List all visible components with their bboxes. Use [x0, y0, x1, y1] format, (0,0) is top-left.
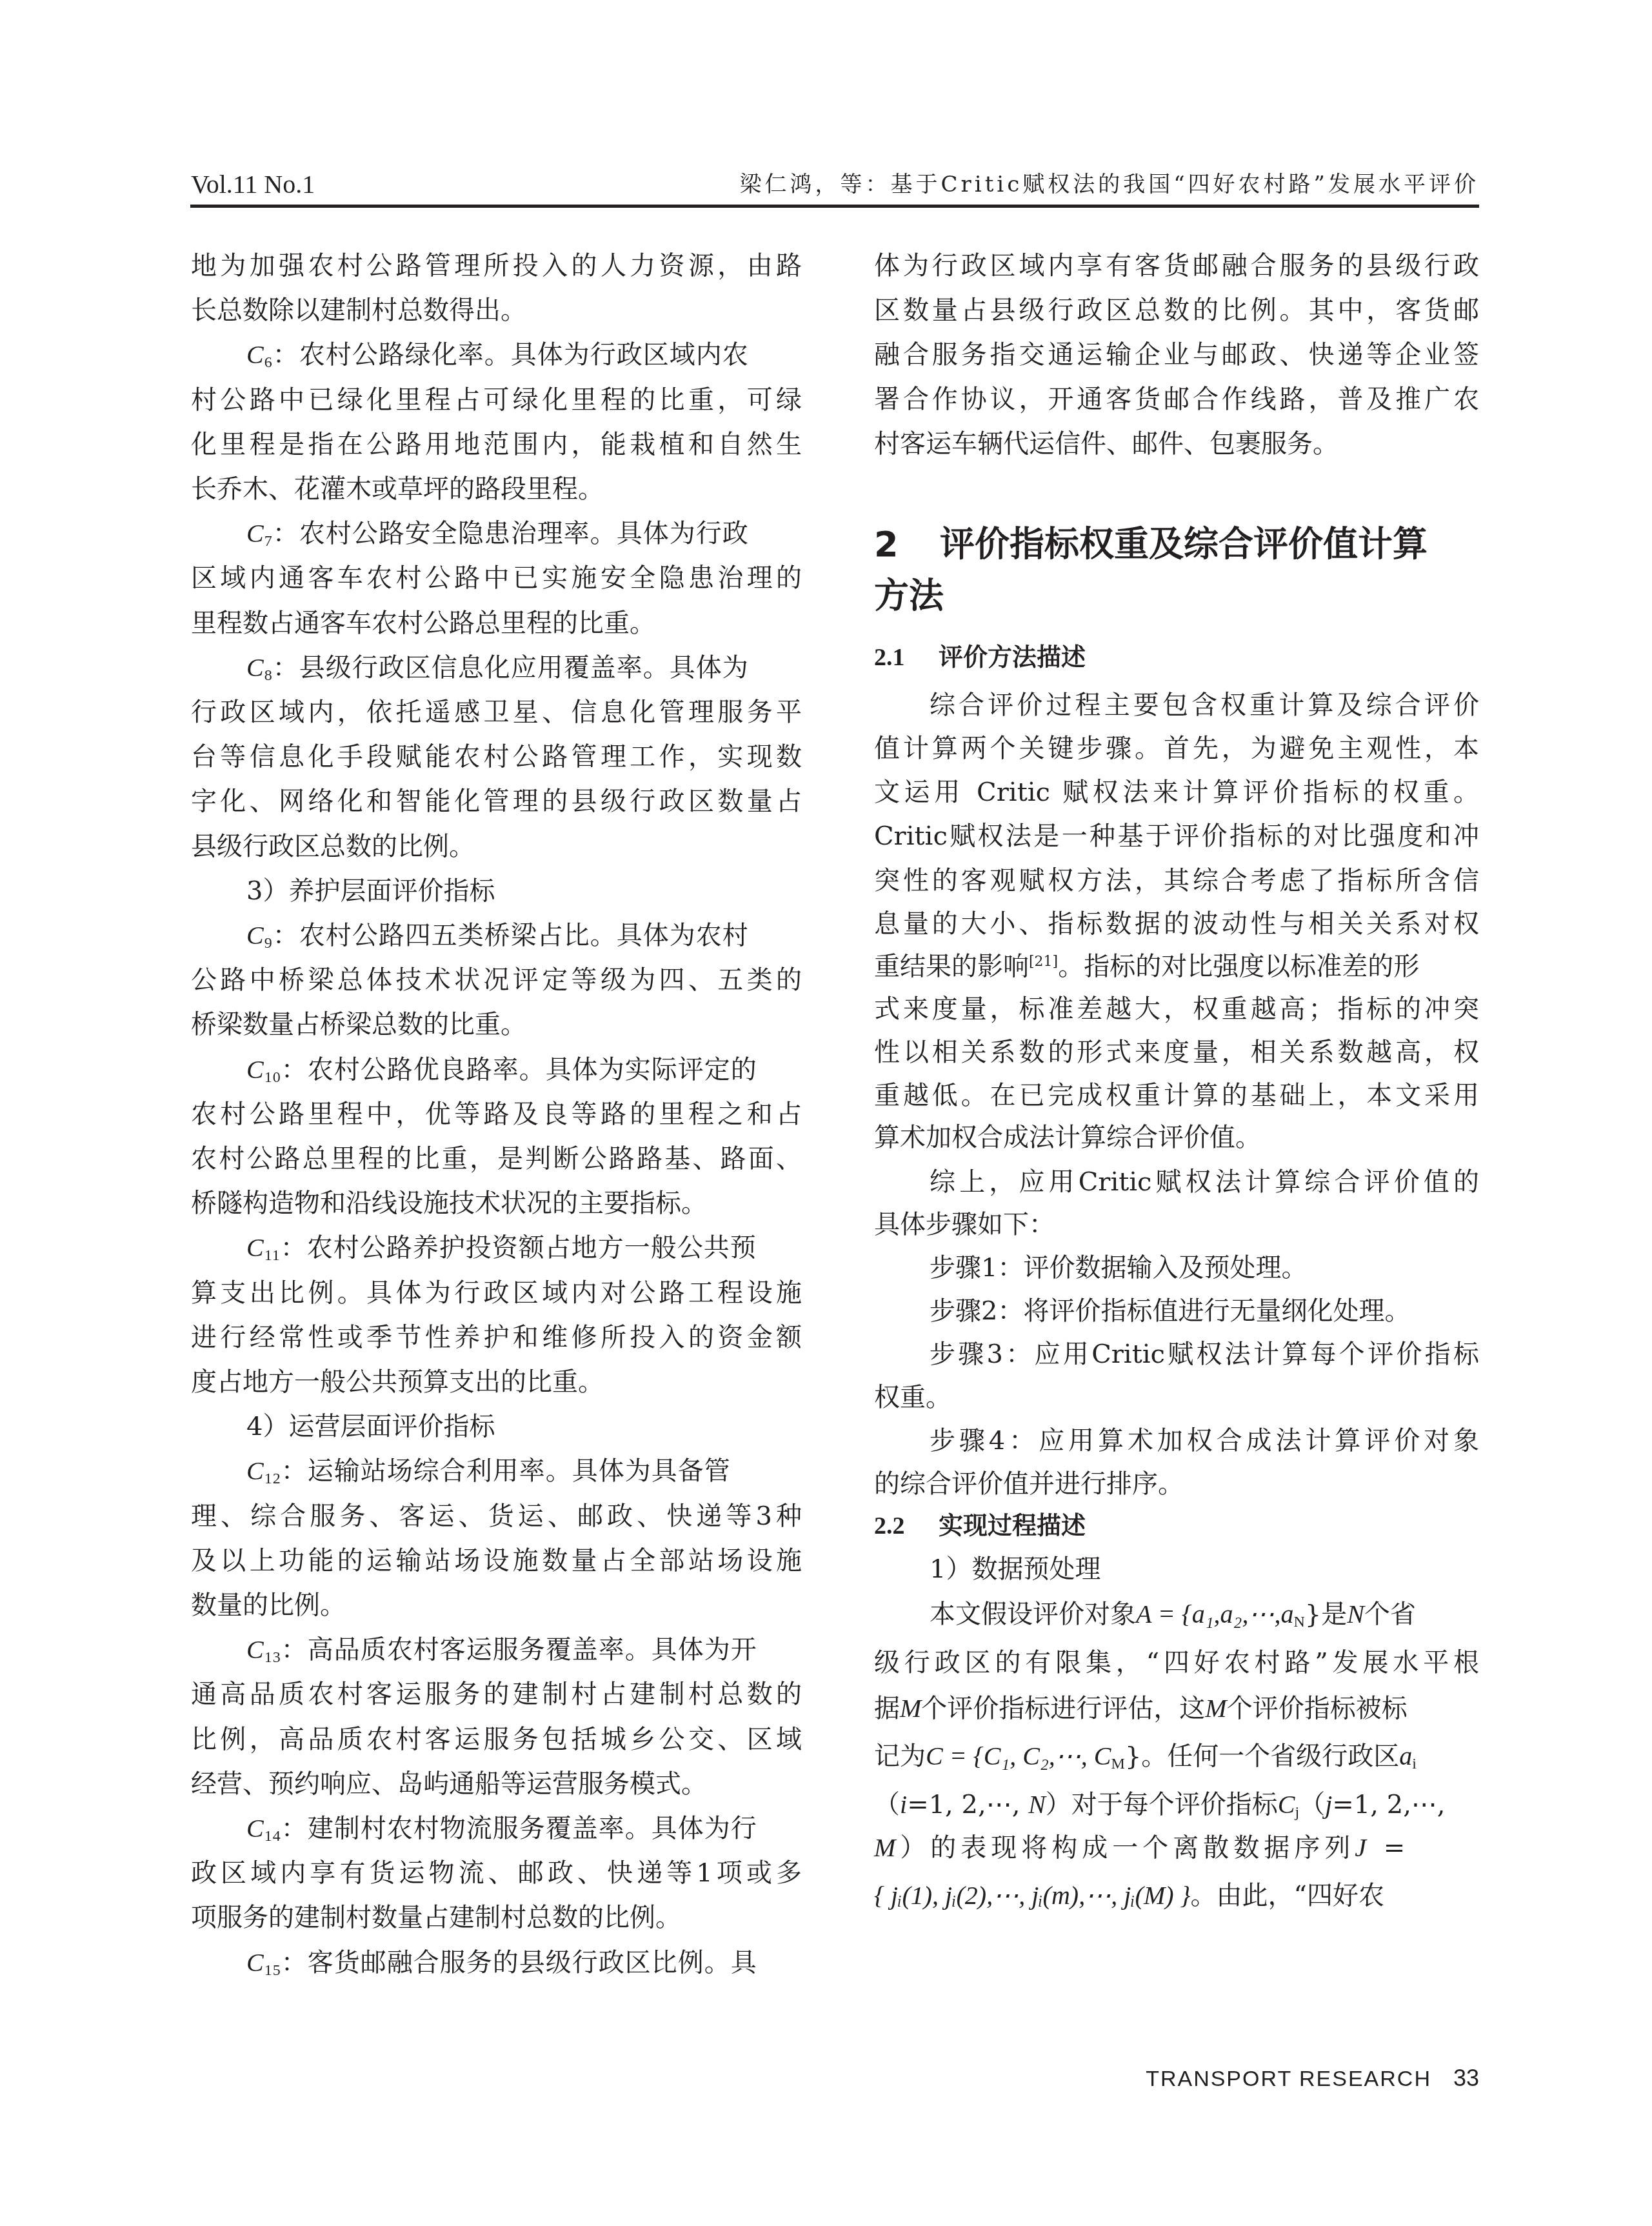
text-span: 台等信息化手段赋能农村公路管理工作，实现数 [191, 742, 802, 772]
text-line: 性以相关系数的形式来度量，相关系数越高，权 [874, 1032, 1479, 1073]
text-line: 村客运车辆代运信件、邮件、包裹服务。 [874, 423, 1479, 465]
var-N: N [1028, 1790, 1046, 1819]
indicator-definition: C11：农村公路养护投资额占地方一般公共预 [191, 1227, 802, 1268]
indicator-index: 6 [264, 354, 273, 371]
text-span: 本文假设评价对象 [930, 1599, 1136, 1629]
step-3: 步骤3：应用Critic赋权法计算每个评价指标 [874, 1334, 1479, 1375]
text-line: 地为加强农村公路管理所投入的人力资源，由路 [191, 245, 802, 286]
text-line-formula-J: { jᵢ(1), jᵢ(2),⋯, jᵢ(m),⋯, jᵢ(M) }。由此，“四… [874, 1875, 1479, 1916]
text-span: 公路中桥梁总体技术状况评定等级为四、五类的 [191, 965, 802, 995]
text-line: 村公路中已绿化里程占可绿化里程的比重，可绿 [191, 379, 802, 421]
text-span: 个评价指标被标 [1227, 1694, 1408, 1723]
text-span: =1, 2,⋯, [907, 1790, 1028, 1820]
formula-subscript: N [1294, 1614, 1305, 1630]
indicator-letter: C [246, 1233, 264, 1262]
text-span: ：农村公路安全隐患治理率。具体为行政 [273, 519, 749, 548]
text-span: 字化、网络化和智能化管理的县级行政区数量占 [191, 787, 802, 816]
text-span: 据 [874, 1694, 900, 1723]
text-line: 突性的客观赋权方法，其综合考虑了指标所含信 [874, 860, 1479, 901]
var-j: j [1325, 1790, 1332, 1819]
text-span: 区域内通客车农村公路中已实施安全隐患治理的 [191, 563, 802, 593]
citation-ref[interactable]: [21] [1029, 954, 1058, 970]
text-span: ：农村公路绿化率。具体为行政区域内农 [273, 340, 749, 370]
text-span: 4）运营层面评价指标 [246, 1412, 495, 1441]
indicator-definition: C12：运输站场综合利用率。具体为具备管 [191, 1450, 802, 1492]
text-line: 比例，高品质农村客运服务包括城乡公交、区域 [191, 1719, 802, 1760]
formula-text: C [1278, 1790, 1295, 1819]
text-line: 经营、预约响应、岛屿通船等运营服务模式。 [191, 1763, 802, 1805]
text-line-sequence: M）的表现将构成一个离散数据序列J = [874, 1827, 1479, 1869]
indicator-letter: C [246, 1635, 264, 1664]
text-span: 政区域内享有货运物流、邮政、快递等1项或多 [191, 1858, 802, 1888]
text-span: 村公路中已绿化里程占可绿化里程的比重，可绿 [191, 385, 802, 415]
indicator-label: C6 [246, 340, 273, 369]
journal-name: TRANSPORT RESEARCH [1146, 2067, 1431, 2091]
text-line: 化里程是指在公路用地范围内，能栽植和自然生 [191, 424, 802, 465]
text-line: 区域内通客车农村公路中已实施安全隐患治理的 [191, 557, 802, 599]
indicator-letter: C [246, 1814, 264, 1843]
text-span: 通高品质农村客运服务的建制村占建制村总数的 [191, 1680, 802, 1709]
indicator-index: 12 [264, 1470, 281, 1487]
indicator-index: 10 [264, 1069, 281, 1086]
text-span: 个省 [1364, 1599, 1416, 1629]
text-line: 区数量占县级行政区总数的比例。其中，客货邮 [874, 290, 1479, 331]
text-line: 重越低。在已完成权重计算的基础上，本文采用 [874, 1075, 1479, 1116]
formula-set-A: A = {a₁,a₂,⋯,aN [1136, 1599, 1305, 1629]
indicator-label: C8 [246, 653, 273, 682]
var-i: i [900, 1790, 907, 1819]
text-line: 长总数除以建制村总数得出。 [191, 290, 802, 331]
text-line: 长乔木、花灌木或草坪的路段里程。 [191, 468, 802, 510]
text-span: 桥隧构造物和沿线设施技术状况的主要指标。 [191, 1188, 707, 1218]
text-span: 长总数除以建制村总数得出。 [191, 296, 526, 325]
var-N: N [1347, 1599, 1364, 1629]
text-line-M: 据M个评价指标进行评估，这M个评价指标被标 [874, 1688, 1479, 1729]
text-span: 农村公路里程中，优等路及良等路的里程之和占 [191, 1099, 802, 1129]
text-line: 项服务的建制村数量占建制村总数的比例。 [191, 1897, 802, 1938]
formula-text: A = {a₁,a₂,⋯,a [1136, 1599, 1294, 1629]
text-span: ：运输站场综合利用率。具体为具备管 [281, 1456, 731, 1486]
indicator-letter: C [246, 921, 264, 950]
text-line: 算支出比例。具体为行政区域内对公路工程设施 [191, 1272, 802, 1314]
var-M: M [900, 1694, 921, 1723]
text-span: 经营、预约响应、岛屿通船等运营服务模式。 [191, 1769, 707, 1799]
text-span: 化里程是指在公路用地范围内，能栽植和自然生 [191, 430, 802, 459]
formula-subscript: i [1412, 1756, 1417, 1772]
indicator-label: C12 [246, 1456, 281, 1485]
text-span: ）的表现将构成一个离散数据序列 [900, 1833, 1355, 1863]
text-line: 台等信息化手段赋能农村公路管理工作，实现数 [191, 736, 802, 777]
indicator-definition: C14：建制村农村物流服务覆盖率。具体为行 [191, 1808, 802, 1849]
text-line: 4）运营层面评价指标 [191, 1406, 802, 1447]
indicator-letter: C [246, 653, 264, 682]
indicator-label: C11 [246, 1233, 281, 1262]
indicator-index: 11 [264, 1247, 281, 1264]
text-span: 记为 [874, 1741, 926, 1771]
section-number: 2 [874, 521, 940, 568]
indicator-letter: C [246, 340, 264, 369]
text-span: 进行经常性或季节性养护和维修所投入的资金额 [191, 1323, 802, 1352]
indicator-definition: C10：农村公路优良路率。具体为实际评定的 [191, 1049, 802, 1090]
formula-set-C: C = {C₁, C₂,⋯, CM [926, 1741, 1125, 1770]
text-span: 理、综合服务、客运、货运、邮政、快递等3种 [191, 1501, 802, 1531]
text-span: 比例，高品质农村客运服务包括城乡公交、区域 [191, 1725, 802, 1754]
step-2: 步骤2：将评价指标值进行无量纲化处理。 [874, 1290, 1479, 1332]
indicator-definition: C13：高品质农村客运服务覆盖率。具体为开 [191, 1629, 802, 1670]
indicator-definition: C7：农村公路安全隐患治理率。具体为行政 [191, 513, 802, 554]
indicator-index: 14 [264, 1828, 281, 1845]
running-title: 梁仁鸿，等：基于Critic赋权法的我国“四好农村路”发展水平评价 [740, 169, 1479, 200]
text-line: 度占地方一般公共预算支出的比重。 [191, 1361, 802, 1403]
text-span: = [1371, 1833, 1409, 1863]
indicator-letter: C [246, 519, 264, 548]
text-line: 及以上功能的运输站场设施数量占全部站场设施 [191, 1540, 802, 1581]
text-span: 项服务的建制村数量占建制村总数的比例。 [191, 1903, 681, 1932]
text-span: 算支出比例。具体为行政区域内对公路工程设施 [191, 1278, 802, 1308]
indicator-label: C15 [246, 1948, 281, 1977]
text-line: 综上，应用Critic赋权法计算综合评价值的 [874, 1161, 1479, 1203]
page-footer: TRANSPORT RESEARCH33 [1146, 2062, 1479, 2095]
text-line: 理、综合服务、客运、货运、邮政、快递等3种 [191, 1496, 802, 1537]
formula-text: a [1399, 1741, 1412, 1770]
text-span: （ [1299, 1790, 1325, 1820]
text-span: 农村公路总里程的比重，是判断公路路基、路面、 [191, 1144, 802, 1174]
subsection-title: 评价方法描述 [939, 643, 1086, 671]
subsection-number: 2.2 [874, 1507, 939, 1545]
text-line: 数量的比例。 [191, 1585, 802, 1626]
subsection-heading-2-2: 2.2实现过程描述 [874, 1506, 1086, 1545]
formula-sequence-J: { jᵢ(1), jᵢ(2),⋯, jᵢ(m),⋯, jᵢ(M) } [874, 1881, 1191, 1910]
formula-subscript: M [1111, 1756, 1125, 1772]
text-line: Critic赋权法是一种基于评价指标的对比强度和冲 [874, 816, 1479, 857]
subsection-title: 实现过程描述 [939, 1511, 1086, 1539]
text-line: 算术加权合成法计算综合评价值。 [874, 1117, 1479, 1158]
text-line: 农村公路总里程的比重，是判断公路路基、路面、 [191, 1138, 802, 1179]
indicator-letter: C [246, 1948, 264, 1977]
sub-item-1: 1）数据预处理 [874, 1549, 1479, 1590]
text-span: 数量的比例。 [191, 1590, 346, 1620]
text-span: 里程数占通客车农村公路总里程的比重。 [191, 608, 655, 638]
text-span: 。指标的对比强度以标准差的形 [1058, 952, 1419, 981]
text-line: 行政区域内，依托遥感卫星、信息化管理服务平 [191, 692, 802, 733]
subsection-number: 2.1 [874, 638, 939, 677]
indicator-letter: C [246, 1055, 264, 1084]
journal-volume: Vol.11 No.1 [191, 169, 315, 200]
indicator-label: C7 [246, 519, 273, 548]
text-line: 值计算两个关键步骤。首先，为避免主观性，本 [874, 728, 1479, 769]
text-line: 融合服务指交通运输企业与邮政、快递等企业签 [874, 334, 1479, 376]
indicator-label: C14 [246, 1814, 281, 1843]
formula-text: C = {C₁, C₂,⋯, C [926, 1741, 1111, 1770]
text-line: 3）养护层面评价指标 [191, 870, 802, 912]
text-span: （ [874, 1790, 900, 1820]
indicator-label: C13 [246, 1635, 281, 1664]
indicator-index: 9 [264, 935, 273, 952]
text-span: 度占地方一般公共预算支出的比重。 [191, 1367, 604, 1397]
indicator-index: 15 [264, 1962, 281, 1979]
step-1: 步骤1：评价数据输入及预处理。 [874, 1247, 1479, 1288]
text-line: 桥梁数量占桥梁总数的比重。 [191, 1004, 802, 1045]
text-line: 署合作协议，开通客货邮合作线路，普及推广农 [874, 379, 1479, 420]
text-span: ）对于每个评价指标 [1046, 1790, 1278, 1820]
text-span: 及以上功能的运输站场设施数量占全部站场设施 [191, 1546, 802, 1576]
text-span: 重结果的影响 [874, 952, 1029, 981]
indicator-label: C9 [246, 921, 273, 950]
var-a-i: ai [1399, 1741, 1417, 1770]
text-line: 字化、网络化和智能化管理的县级行政区数量占 [191, 781, 802, 822]
text-line: 式来度量，标准差越大，权重越高；指标的冲突 [874, 988, 1479, 1030]
text-span: ：农村公路养护投资额占地方一般公共预 [281, 1233, 757, 1263]
text-span: 。由此，“四好农 [1191, 1881, 1384, 1910]
text-span: 行政区域内，依托遥感卫星、信息化管理服务平 [191, 697, 802, 727]
text-span: 地为加强农村公路管理所投入的人力资源，由路 [191, 251, 802, 281]
text-span: }。任何一个省级行政区 [1125, 1741, 1399, 1771]
text-line: 级行政区的有限集，“四好农村路”发展水平根 [874, 1642, 1479, 1683]
page-number: 33 [1453, 2065, 1479, 2091]
indicator-index: 13 [264, 1649, 281, 1666]
text-span: 个评价指标进行评估，这 [921, 1694, 1205, 1723]
text-line: 政区域内享有货运物流、邮政、快递等1项或多 [191, 1852, 802, 1894]
text-line-formula-A: 本文假设评价对象A = {a₁,a₂,⋯,aN}是N个省 [874, 1594, 1479, 1635]
text-span: }是 [1305, 1599, 1347, 1629]
text-span: ：农村公路四五类桥梁占比。具体为农村 [273, 921, 749, 950]
indicator-index: 7 [264, 533, 273, 550]
text-span: ：县级行政区信息化应用覆盖率。具体为 [273, 653, 749, 683]
text-span: ：建制村农村物流服务覆盖率。具体为行 [281, 1814, 757, 1843]
text-line: 体为行政区域内享有客货邮融合服务的县级行政 [874, 245, 1479, 286]
step-4-cont: 的综合评价值并进行排序。 [874, 1463, 1479, 1505]
indicator-definition: C9：农村公路四五类桥梁占比。具体为农村 [191, 915, 802, 956]
indicator-definition: C15：客货邮融合服务的县级行政区比例。具 [191, 1942, 802, 1983]
indicator-label: C10 [246, 1055, 281, 1084]
text-line: 农村公路里程中，优等路及良等路的里程之和占 [191, 1094, 802, 1135]
header-rule [190, 205, 1479, 208]
text-span: 县级行政区总数的比例。 [191, 832, 475, 861]
text-line: 具体步骤如下： [874, 1204, 1479, 1245]
text-line: 桥隧构造物和沿线设施技术状况的主要指标。 [191, 1183, 802, 1224]
text-line: 进行经常性或季节性养护和维修所投入的资金额 [191, 1317, 802, 1358]
indicator-definition: C8：县级行政区信息化应用覆盖率。具体为 [191, 647, 802, 688]
text-line-with-citation: 重结果的影响[21]。指标的对比强度以标准差的形 [874, 946, 1479, 987]
text-span: 3）养护层面评价指标 [246, 876, 495, 906]
section-title: 评价指标权重及综合评价值计算 [940, 524, 1428, 565]
indicator-index: 8 [264, 667, 273, 684]
text-line: 综合评价过程主要包含权重计算及综合评价 [874, 685, 1479, 726]
subsection-heading-2-1: 2.1评价方法描述 [874, 637, 1086, 677]
var-M: M [874, 1833, 900, 1862]
section-heading-2-cont: 方法 [874, 573, 944, 619]
text-line: 息量的大小、指标数据的波动性与相关关系对权 [874, 903, 1479, 945]
text-span: =1, 2,⋯, [1332, 1790, 1445, 1820]
text-line: 里程数占通客车农村公路总里程的比重。 [191, 603, 802, 644]
text-line: 通高品质农村客运服务的建制村占建制村总数的 [191, 1674, 802, 1715]
text-line-index: （i=1, 2,⋯, N）对于每个评价指标Cj（j=1, 2,⋯, [874, 1784, 1479, 1825]
indicator-letter: C [246, 1456, 264, 1485]
step-4: 步骤4：应用算术加权合成法计算评价对象 [874, 1420, 1479, 1461]
text-span: 长乔木、花灌木或草坪的路段里程。 [191, 474, 604, 504]
var-J: J [1355, 1833, 1371, 1862]
var-M: M [1205, 1694, 1226, 1723]
text-span: ：农村公路优良路率。具体为实际评定的 [281, 1055, 757, 1085]
text-span: ：客货邮融合服务的县级行政区比例。具 [281, 1948, 757, 1978]
var-C-j: Cj [1278, 1790, 1299, 1819]
section-heading-2: 2评价指标权重及综合评价值计算 [874, 521, 1428, 568]
text-span: 桥梁数量占桥梁总数的比重。 [191, 1010, 526, 1039]
indicator-definition: C6：农村公路绿化率。具体为行政区域内农 [191, 334, 802, 376]
text-line: 公路中桥梁总体技术状况评定等级为四、五类的 [191, 959, 802, 1001]
step-3-cont: 权重。 [874, 1377, 1479, 1418]
text-line-formula-C: 记为C = {C₁, C₂,⋯, CM}。任何一个省级行政区ai [874, 1736, 1479, 1777]
text-span: ：高品质农村客运服务覆盖率。具体为开 [281, 1635, 757, 1665]
text-line: 文运用 Critic 赋权法来计算评价指标的权重。 [874, 772, 1479, 813]
text-line: 县级行政区总数的比例。 [191, 826, 802, 867]
